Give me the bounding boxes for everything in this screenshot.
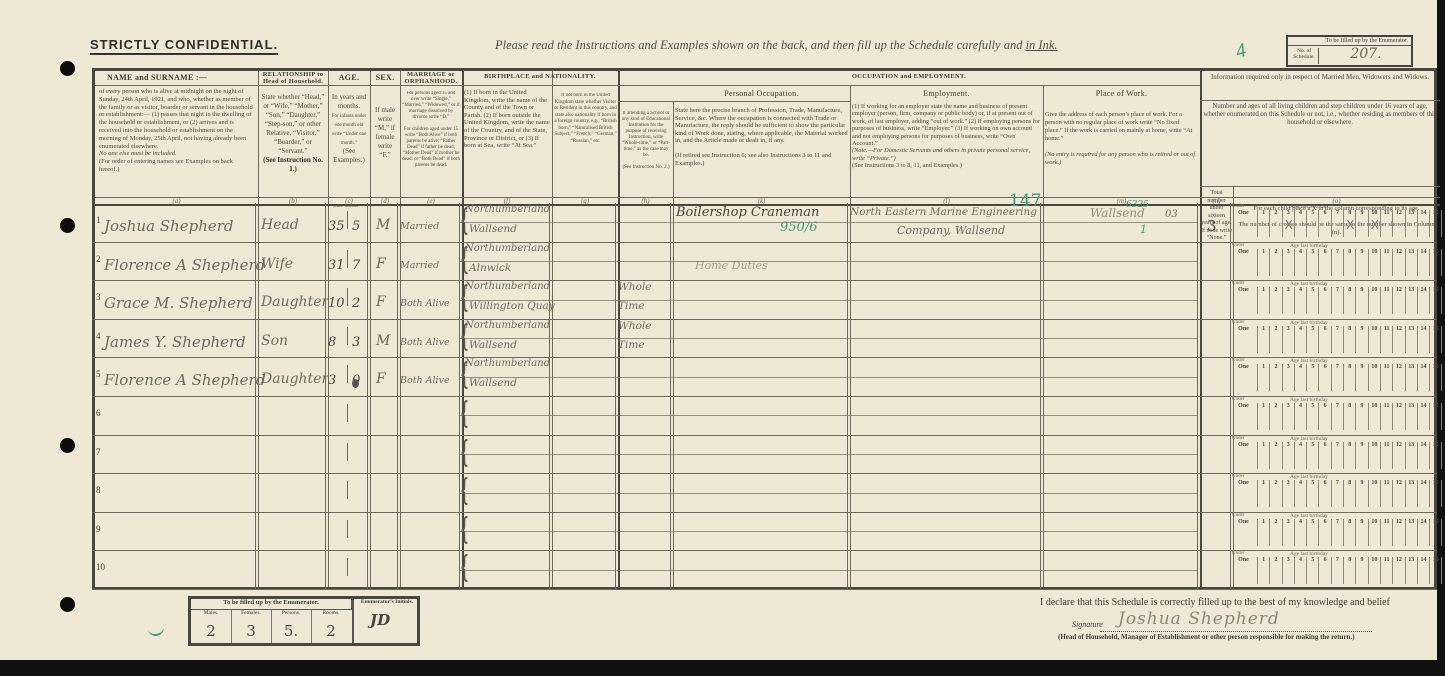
age-cell-6: 6: [1319, 287, 1331, 314]
name-field: Grace M. Shepherd: [104, 294, 253, 312]
age-cell-under-one: One: [1230, 326, 1258, 353]
age-cell-12: 12: [1393, 403, 1405, 430]
age-cell-4: 4: [1295, 326, 1307, 353]
signature-line: [1100, 630, 1372, 632]
age-cell-7: 7: [1332, 364, 1344, 391]
birth-county-field: Northumberland: [465, 243, 550, 254]
age-cell-15: 15: [1430, 557, 1442, 584]
column-divider: [255, 319, 256, 358]
age-cell-15: 15: [1430, 210, 1442, 237]
age-cell-8: 8: [1344, 403, 1356, 430]
age-cell-15: 15: [1430, 519, 1442, 546]
age-years-months-divider: [347, 211, 348, 229]
age-cell-11: 11: [1381, 519, 1393, 546]
employer-field-line2: Company, Wallsend: [897, 224, 1005, 237]
row-number: 10: [96, 562, 105, 572]
age-cell-7: 7: [1332, 210, 1344, 237]
age-cell-under-one: One: [1230, 480, 1258, 507]
row-number: 8: [96, 485, 101, 495]
age-months-field: 3: [352, 335, 360, 350]
age-cell-2: 2: [1270, 287, 1282, 314]
age-cell-8: 8: [1344, 249, 1356, 276]
column-divider: [1197, 357, 1198, 396]
age-cell-under-one: One: [1230, 287, 1258, 314]
females-count: 3: [231, 622, 271, 640]
relationship-field: Daughter: [261, 294, 328, 310]
signature: Joshua Shepherd: [1118, 609, 1280, 629]
half-row-divider: [459, 454, 1197, 455]
age-cell-4: 4: [1295, 210, 1307, 237]
age-years-months-divider: [347, 404, 348, 422]
place-mark: 1: [1140, 223, 1147, 236]
column-divider: [397, 203, 398, 242]
column-divider: [325, 319, 326, 358]
column-divider: [325, 550, 326, 589]
age-months-field: 5: [352, 219, 360, 234]
column-divider: [367, 280, 368, 319]
age-years-months-divider: [347, 288, 348, 306]
employer-code: 147: [1009, 191, 1041, 211]
age-cell-8: 8: [1344, 364, 1356, 391]
column-divider: [255, 550, 256, 589]
column-divider: [397, 435, 398, 474]
age-cell-2: 2: [1270, 364, 1282, 391]
signature-note: (Head of Household, Manager of Establish…: [1058, 633, 1355, 641]
punch-hole: [60, 218, 75, 233]
column-divider: [397, 512, 398, 551]
age-cell-13: 13: [1406, 519, 1418, 546]
age-cell-10: 10: [1369, 519, 1381, 546]
age-cell-6: 6: [1319, 364, 1331, 391]
column-divider: [847, 357, 848, 396]
column-divider: [255, 203, 256, 242]
age-cell-4: 4: [1295, 364, 1307, 391]
age-cell-12: 12: [1393, 442, 1405, 469]
age-cell-2: 2: [1270, 442, 1282, 469]
column-divider: [670, 396, 671, 435]
age-years-months-divider: [347, 365, 348, 383]
age-cell-3: 3: [1283, 364, 1295, 391]
child-age-grid: UnderAge last birthdayOne123456789101112…: [1230, 243, 1437, 280]
education-field: Whole: [618, 320, 651, 332]
column-divider: [367, 512, 368, 551]
age-cell-6: 6: [1319, 519, 1331, 546]
birth-town-field: Wallsend: [469, 339, 517, 351]
age-cell-11: 11: [1381, 403, 1393, 430]
column-divider: [549, 512, 550, 551]
column-divider: [397, 396, 398, 435]
age-cell-14: 14: [1418, 326, 1430, 353]
age-cell-3: 3: [1283, 557, 1295, 584]
column-divider: [615, 435, 616, 474]
age-cell-3: 3: [1283, 249, 1295, 276]
education-field: Whole: [618, 281, 651, 293]
education-field-line2: Time: [618, 339, 645, 351]
age-cell-12: 12: [1393, 519, 1405, 546]
age-cell-1: 1: [1258, 326, 1270, 353]
age-years-months-divider: [347, 520, 348, 538]
relationship-field: Wife: [261, 256, 293, 272]
age-cell-6: 6: [1319, 326, 1331, 353]
child-age-grid: UnderAge last birthdayOne123456789101112…: [1230, 474, 1437, 511]
age-cell-5: 5: [1307, 557, 1319, 584]
age-cell-7: 7: [1332, 519, 1344, 546]
column-divider: [367, 435, 368, 474]
half-row-divider: [459, 493, 1197, 494]
birth-county-field: Northumberland: [465, 320, 550, 331]
age-cell-3: 3: [1283, 480, 1295, 507]
column-divider: [397, 357, 398, 396]
child-age-grid: UnderAge last birthdayOne123456789101112…: [1230, 436, 1437, 473]
age-years-months-divider: [347, 327, 348, 345]
column-divider: [615, 473, 616, 512]
age-cell-3: 3: [1283, 287, 1295, 314]
age-cell-4: 4: [1295, 403, 1307, 430]
education-field-line2: Time: [618, 300, 645, 312]
column-divider: [670, 203, 671, 242]
age-cell-7: 7: [1332, 557, 1344, 584]
age-cell-14: 14: [1418, 442, 1430, 469]
age-cell-13: 13: [1406, 557, 1418, 584]
column-divider: [847, 435, 848, 474]
age-cell-4: 4: [1295, 287, 1307, 314]
half-row-divider: [459, 531, 1197, 532]
age-cell-11: 11: [1381, 557, 1393, 584]
half-row-divider: [459, 338, 1197, 339]
column-divider: [1197, 280, 1198, 319]
age-cell-10: 10: [1369, 249, 1381, 276]
age-cell-14: 14: [1418, 249, 1430, 276]
age-cell-12: 12: [1393, 287, 1405, 314]
column-divider: [325, 473, 326, 512]
age-cell-5: 5: [1307, 249, 1319, 276]
column-divider: [367, 242, 368, 281]
column-divider: [615, 280, 616, 319]
age-years-months-divider: [347, 443, 348, 461]
brace-icon: {: [460, 438, 470, 468]
birth-town-field: Alnwick: [469, 262, 511, 274]
age-cell-15: 15: [1430, 442, 1442, 469]
age-cell-12: 12: [1393, 326, 1405, 353]
under-label: Under: [1232, 551, 1245, 556]
age-cell-10: 10: [1369, 480, 1381, 507]
age-cell-11: 11: [1381, 364, 1393, 391]
row-number: 7: [96, 447, 101, 457]
age-cell-6: 6: [1319, 210, 1331, 237]
age-cell-4: 4: [1295, 480, 1307, 507]
column-divider: [255, 396, 256, 435]
age-cell-8: 8: [1344, 287, 1356, 314]
under-label: Under: [1232, 436, 1245, 441]
column-divider: [847, 319, 848, 358]
cross-mark: X: [1346, 218, 1354, 232]
under-label: Under: [1232, 513, 1245, 518]
age-cell-2: 2: [1270, 519, 1282, 546]
column-divider: [549, 473, 550, 512]
sex-field: F: [376, 294, 386, 310]
age-cell-1: 1: [1258, 557, 1270, 584]
age-cell-5: 5: [1307, 326, 1319, 353]
age-cell-5: 5: [1307, 480, 1319, 507]
under-label: Under: [1232, 474, 1245, 479]
row-number: 5: [96, 369, 101, 379]
age-cell-13: 13: [1406, 480, 1418, 507]
column-divider: [549, 435, 550, 474]
occupation-code: 950/6: [780, 220, 817, 235]
age-cell-2: 2: [1270, 326, 1282, 353]
column-divider: [1197, 242, 1198, 281]
column-divider: [549, 550, 550, 589]
place-code: 6325: [1126, 200, 1149, 210]
row-number: 6: [96, 408, 101, 418]
column-divider: [1040, 280, 1041, 319]
column-divider: [1197, 512, 1198, 551]
under-label: Under: [1232, 204, 1245, 209]
age-cell-8: 8: [1344, 557, 1356, 584]
age-cell-9: 9: [1356, 442, 1368, 469]
row-number: 2: [96, 254, 101, 264]
marriage-field: Married: [400, 221, 439, 232]
cross-mark: X: [1371, 218, 1379, 232]
age-cell-15: 15: [1430, 364, 1442, 391]
child-age-grid: UnderAge last birthdayOne123456789101112…: [1230, 358, 1437, 395]
age-cell-6: 6: [1319, 442, 1331, 469]
age-subheader: years. months.: [325, 202, 367, 210]
column-divider: [670, 242, 671, 281]
rooms-count: 2: [311, 622, 351, 640]
age-cell-5: 5: [1307, 210, 1319, 237]
age-cell-4: 4: [1295, 442, 1307, 469]
brace-icon: {: [460, 553, 470, 583]
age-cell-15: 15: [1430, 480, 1442, 507]
column-divider: [367, 473, 368, 512]
birth-county-field: Northumberland: [465, 281, 550, 292]
age-cell-under-one: One: [1230, 364, 1258, 391]
age-cell-13: 13: [1406, 210, 1418, 237]
occupation-field: Home Duties: [695, 259, 768, 272]
half-row-divider: [459, 570, 1197, 571]
relationship-field: Son: [261, 333, 288, 349]
age-cell-10: 10: [1369, 557, 1381, 584]
column-divider: [549, 396, 550, 435]
row-number: 9: [96, 524, 101, 534]
name-field: Joshua Shepherd: [104, 217, 234, 235]
column-divider: [1040, 512, 1041, 551]
age-cell-12: 12: [1393, 557, 1405, 584]
column-divider: [397, 280, 398, 319]
age-cell-11: 11: [1381, 287, 1393, 314]
birth-town-field: Wallsend: [469, 377, 517, 389]
age-cell-5: 5: [1307, 442, 1319, 469]
age-cell-under-one: One: [1230, 557, 1258, 584]
column-divider: [615, 319, 616, 358]
column-divider: [397, 242, 398, 281]
punch-hole: [60, 597, 75, 612]
child-age-grid: UnderAge last birthdayOne123456789101112…: [1230, 513, 1437, 550]
age-cell-11: 11: [1381, 249, 1393, 276]
age-cell-8: 8: [1344, 480, 1356, 507]
age-cell-9: 9: [1356, 287, 1368, 314]
column-divider: [367, 396, 368, 435]
age-cell-6: 6: [1319, 557, 1331, 584]
column-divider: [255, 435, 256, 474]
age-cell-15: 15: [1430, 249, 1442, 276]
column-divider: [670, 280, 671, 319]
sex-field: M: [376, 333, 390, 349]
under-label: Under: [1232, 397, 1245, 402]
age-cell-2: 2: [1270, 210, 1282, 237]
age-cell-9: 9: [1356, 557, 1368, 584]
column-divider: [847, 242, 848, 281]
age-cell-15: 15: [1430, 326, 1442, 353]
column-divider: [670, 473, 671, 512]
under-label: Under: [1232, 320, 1245, 325]
column-divider: [397, 319, 398, 358]
age-cell-10: 10: [1369, 326, 1381, 353]
age-years-field: 3: [328, 373, 336, 388]
sex-field: F: [376, 256, 386, 272]
age-cell-1: 1: [1258, 364, 1270, 391]
age-cell-6: 6: [1319, 249, 1331, 276]
age-cell-13: 13: [1406, 287, 1418, 314]
age-cell-14: 14: [1418, 557, 1430, 584]
age-cell-12: 12: [1393, 210, 1405, 237]
age-cell-14: 14: [1418, 480, 1430, 507]
age-years-field: 31: [328, 258, 345, 273]
age-cell-5: 5: [1307, 364, 1319, 391]
column-divider: [670, 512, 671, 551]
schedule-number: 207.: [1324, 46, 1408, 62]
under-label: Under: [1232, 243, 1245, 248]
age-cell-under-one: One: [1230, 249, 1258, 276]
age-cell-6: 6: [1319, 403, 1331, 430]
column-divider: [670, 435, 671, 474]
age-cell-7: 7: [1332, 249, 1344, 276]
age-cell-9: 9: [1356, 403, 1368, 430]
column-divider: [1040, 357, 1041, 396]
age-cell-15: 15: [1430, 287, 1442, 314]
age-cell-1: 1: [1258, 480, 1270, 507]
punch-hole: [60, 61, 75, 76]
row-number: 1: [96, 215, 101, 225]
column-divider: [255, 512, 256, 551]
age-cell-7: 7: [1332, 480, 1344, 507]
column-divider: [847, 473, 848, 512]
age-cell-10: 10: [1369, 403, 1381, 430]
child-age-grid: UnderAge last birthdayOne123456789101112…: [1230, 204, 1437, 241]
age-cell-1: 1: [1258, 210, 1270, 237]
brace-icon: {: [460, 399, 470, 429]
age-cell-5: 5: [1307, 287, 1319, 314]
column-divider: [1197, 473, 1198, 512]
age-cell-5: 5: [1307, 519, 1319, 546]
age-cell-4: 4: [1295, 249, 1307, 276]
brace-icon: {: [460, 476, 470, 506]
column-divider: [255, 280, 256, 319]
marriage-field: Married: [400, 260, 439, 271]
age-cell-3: 3: [1283, 442, 1295, 469]
age-cell-2: 2: [1270, 403, 1282, 430]
declaration-text: I declare that this Schedule is correctl…: [1040, 597, 1390, 608]
row-divider: [92, 589, 1437, 590]
column-divider: [325, 242, 326, 281]
column-divider: [615, 242, 616, 281]
age-cell-2: 2: [1270, 249, 1282, 276]
age-cell-9: 9: [1356, 210, 1368, 237]
age-cell-13: 13: [1406, 442, 1418, 469]
sex-field: F: [376, 371, 386, 387]
half-row-divider: [459, 261, 1197, 262]
age-cell-7: 7: [1332, 403, 1344, 430]
column-divider: [367, 319, 368, 358]
column-divider: [367, 203, 368, 242]
age-cell-8: 8: [1344, 326, 1356, 353]
under-label: Under: [1232, 281, 1245, 286]
age-years-field: 8: [328, 335, 336, 350]
column-divider: [1040, 319, 1041, 358]
age-cell-13: 13: [1406, 403, 1418, 430]
age-cell-2: 2: [1270, 557, 1282, 584]
age-years-months-divider: [347, 481, 348, 499]
column-divider: [847, 512, 848, 551]
age-cell-7: 7: [1332, 287, 1344, 314]
age-cell-10: 10: [1369, 442, 1381, 469]
child-age-grid: UnderAge last birthdayOne123456789101112…: [1230, 397, 1437, 434]
age-cell-10: 10: [1369, 287, 1381, 314]
row-number: 3: [96, 292, 101, 302]
column-divider: [847, 203, 848, 242]
age-cell-4: 4: [1295, 519, 1307, 546]
age-cell-under-one: One: [1230, 403, 1258, 430]
column-divider: [615, 512, 616, 551]
place-code-2: 03: [1165, 209, 1178, 220]
age-cell-9: 9: [1356, 480, 1368, 507]
column-divider: [325, 435, 326, 474]
age-cell-12: 12: [1393, 249, 1405, 276]
signature-label: Signature: [1072, 620, 1103, 629]
age-cell-7: 7: [1332, 442, 1344, 469]
column-divider: [847, 396, 848, 435]
age-cell-9: 9: [1356, 519, 1368, 546]
schedule-number-box: To be filled up by the Enumerator. No. o…: [1286, 35, 1413, 67]
age-years-field: 35: [328, 219, 345, 234]
age-cell-4: 4: [1295, 557, 1307, 584]
age-years-months-divider: [347, 250, 348, 268]
column-divider: [367, 550, 368, 589]
column-divider: [615, 203, 616, 242]
age-cell-14: 14: [1418, 519, 1430, 546]
age-cell-13: 13: [1406, 326, 1418, 353]
age-cell-11: 11: [1381, 210, 1393, 237]
birth-town-field: Willington Quay: [469, 300, 555, 312]
age-cell-10: 10: [1369, 364, 1381, 391]
age-cell-3: 3: [1283, 519, 1295, 546]
age-cell-14: 14: [1418, 364, 1430, 391]
age-cell-8: 8: [1344, 442, 1356, 469]
age-cell-14: 14: [1418, 287, 1430, 314]
relationship-field: Head: [261, 217, 299, 233]
column-divider: [1040, 435, 1041, 474]
age-cell-under-one: One: [1230, 210, 1258, 237]
column-divider: [1040, 242, 1041, 281]
age-cell-1: 1: [1258, 403, 1270, 430]
column-divider: [1197, 435, 1198, 474]
birth-county-field: Northumberland: [465, 204, 550, 215]
column-divider: [1040, 396, 1041, 435]
column-divider: [255, 473, 256, 512]
age-cell-13: 13: [1406, 364, 1418, 391]
age-cell-under-one: One: [1230, 519, 1258, 546]
